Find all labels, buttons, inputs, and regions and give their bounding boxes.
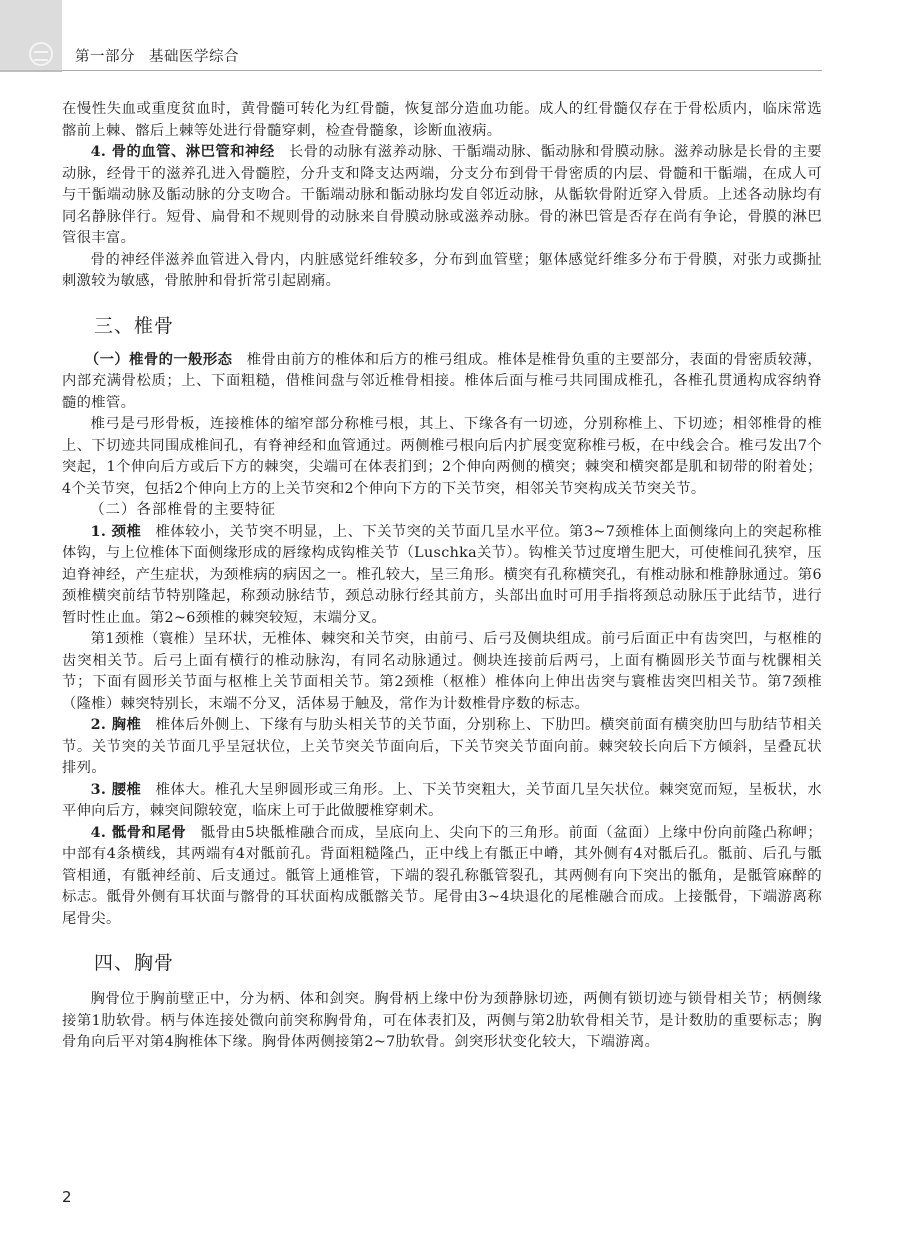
paragraph-cervical: 1. 颈椎椎体较小，关节突不明显，上、下关节突的关节面几呈水平位。第3~7颈椎体…	[62, 522, 822, 630]
paragraph-sacrum-coccyx: 4. 骶骨和尾骨骶骨由5块骶椎融合而成，呈底向上、尖向下的三角形。前面（盆面）上…	[62, 823, 822, 931]
running-head: 第一部分基础医学综合	[75, 45, 239, 66]
paragraph-marrow: 在慢性失血或重度贫血时，黄骨髓可转化为红骨髓，恢复部分造血功能。成人的红骨髓仅存…	[62, 99, 822, 142]
subheading-regional-features: （二）各部椎骨的主要特征	[62, 500, 822, 522]
item-heading-lumbar: 3. 腰椎	[91, 782, 142, 798]
running-head-part: 第一部分	[75, 49, 135, 65]
item-heading-vessels: 4. 骨的血管、淋巴管和神经	[91, 144, 275, 160]
paragraph-general-form: （一）椎骨的一般形态椎骨由前方的椎体和后方的椎弓组成。椎体是椎骨负重的主要部分，…	[62, 350, 822, 415]
subheading-general-form: （一）椎骨的一般形态	[85, 352, 233, 368]
paragraph-text: 椎体大。椎孔大呈卵圆形或三角形。上、下关节突粗大，关节面几呈矢状位。棘突宽而短，…	[62, 782, 822, 820]
publisher-logo-icon	[29, 42, 53, 66]
paragraph-atlas-axis: 第1颈椎（寰椎）呈环状，无椎体、棘突和关节突，由前弓、后弓及侧块组成。前弓后面正…	[62, 629, 822, 715]
paragraph-sternum: 胸骨位于胸前壁正中，分为柄、体和剑突。胸骨柄上缘中份为颈静脉切迹，两侧有锁切迹与…	[62, 989, 822, 1054]
paragraph-thoracic: 2. 胸椎椎体后外侧上、下缘有与肋头相关节的关节面，分别称上、下肋凹。横突前面有…	[62, 715, 822, 780]
running-head-title: 基础医学综合	[149, 49, 239, 65]
paragraph-lumbar: 3. 腰椎椎体大。椎孔大呈卵圆形或三角形。上、下关节突粗大，关节面几呈矢状位。棘…	[62, 780, 822, 823]
section-heading-vertebrae: 三、椎骨	[62, 311, 822, 338]
header-divider-accent	[0, 70, 62, 72]
paragraph-bone-nerves: 骨的神经伴滋养血管进入骨内，内脏感觉纤维较多，分布到血管壁；躯体感觉纤维多分布于…	[62, 250, 822, 293]
page-number: 2	[62, 1188, 72, 1206]
chapter-side-tab	[0, 0, 62, 70]
header-divider	[0, 70, 822, 71]
paragraph-bone-vessels: 4. 骨的血管、淋巴管和神经长骨的动脉有滋养动脉、干骺端动脉、骺动脉和骨膜动脉。…	[62, 142, 822, 250]
section-heading-sternum: 四、胸骨	[62, 948, 822, 975]
paragraph-text: 椎体后外侧上、下缘有与肋头相关节的关节面，分别称上、下肋凹。横突前面有横突肋凹与…	[62, 717, 822, 776]
paragraph-text: 椎体较小，关节突不明显，上、下关节突的关节面几呈水平位。第3~7颈椎体上面侧缘向…	[62, 524, 822, 626]
item-heading-thoracic: 2. 胸椎	[91, 717, 142, 733]
item-heading-sacrum: 4. 骶骨和尾骨	[91, 825, 187, 841]
item-heading-cervical: 1. 颈椎	[91, 524, 142, 540]
paragraph-vertebral-arch: 椎弓是弓形骨板，连接椎体的缩窄部分称椎弓根，其上、下缘各有一切迹，分别称椎上、下…	[62, 414, 822, 500]
page-body: 在慢性失血或重度贫血时，黄骨髓可转化为红骨髓，恢复部分造血功能。成人的红骨髓仅存…	[62, 99, 822, 1054]
